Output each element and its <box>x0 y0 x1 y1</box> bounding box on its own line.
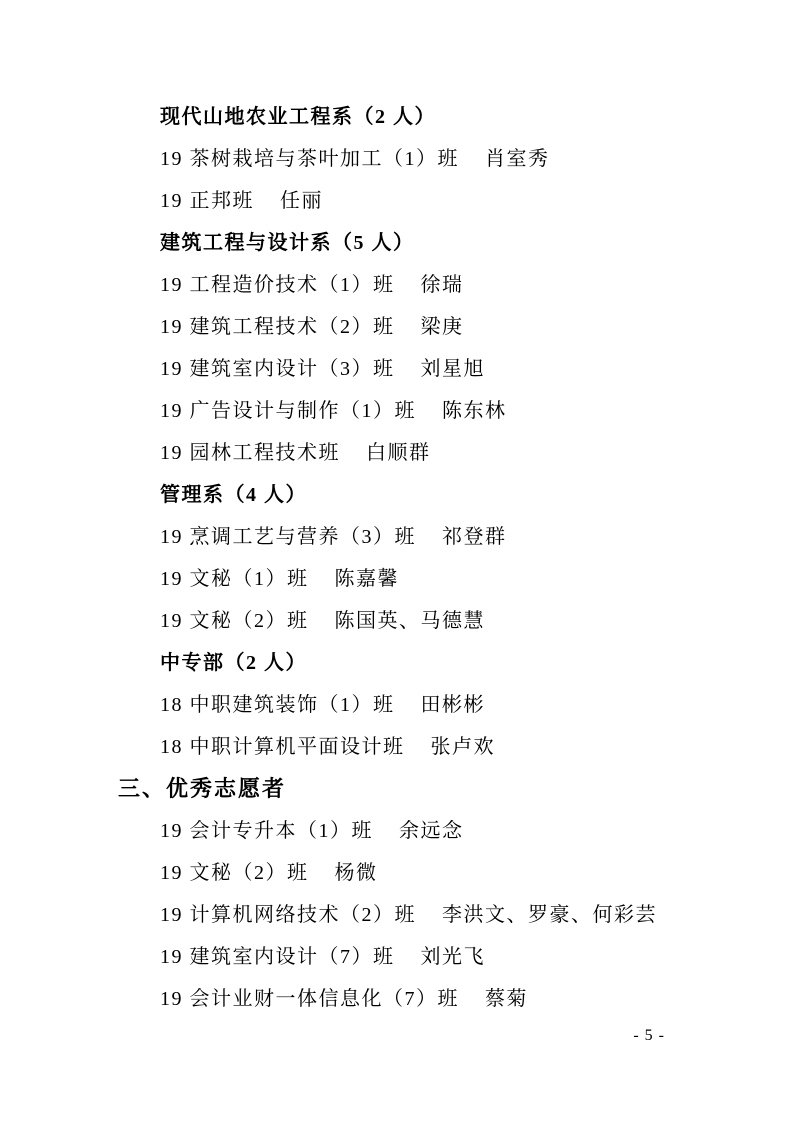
entry-line: 19 正邦班任丽 <box>118 180 683 222</box>
entry-names: 李洪文、罗豪、何彩芸 <box>442 904 657 926</box>
page-content: 现代山地农业工程系（2 人） 19 茶树栽培与茶叶加工（1）班肖室秀 19 正邦… <box>118 96 683 1020</box>
entry-class: 19 正邦班 <box>160 190 254 212</box>
entry-line: 19 建筑室内设计（3）班刘星旭 <box>118 348 683 390</box>
entry-line: 19 建筑工程技术（2）班梁庚 <box>118 306 683 348</box>
dept-heading: 现代山地农业工程系（2 人） <box>118 96 683 138</box>
entry-names: 刘星旭 <box>421 358 486 380</box>
entry-names: 刘光飞 <box>421 946 486 968</box>
entry-class: 19 会计专升本（1）班 <box>160 820 373 842</box>
entry-class: 19 建筑工程技术（2）班 <box>160 316 395 338</box>
entry-names: 徐瑞 <box>421 274 464 296</box>
entry-class: 19 计算机网络技术（2）班 <box>160 904 416 926</box>
entry-names: 蔡菊 <box>485 988 528 1010</box>
entry-class: 19 园林工程技术班 <box>160 442 340 464</box>
entry-names: 杨微 <box>335 862 378 884</box>
dept-heading: 中专部（2 人） <box>118 642 683 684</box>
entry-names: 田彬彬 <box>421 694 486 716</box>
entry-line: 19 建筑室内设计（7）班刘光飞 <box>118 936 683 978</box>
entry-names: 陈国英、马德慧 <box>335 610 486 632</box>
entry-class: 19 会计业财一体信息化（7）班 <box>160 988 459 1010</box>
entry-line: 19 文秘（2）班杨微 <box>118 852 683 894</box>
entry-class: 19 广告设计与制作（1）班 <box>160 400 416 422</box>
entry-class: 19 建筑室内设计（3）班 <box>160 358 395 380</box>
entry-class: 19 文秘（1）班 <box>160 568 309 590</box>
entry-names: 张卢欢 <box>431 736 496 758</box>
entry-names: 梁庚 <box>421 316 464 338</box>
entry-class: 19 烹调工艺与营养（3）班 <box>160 526 416 548</box>
entry-line: 19 园林工程技术班白顺群 <box>118 432 683 474</box>
entry-class: 19 文秘（2）班 <box>160 862 309 884</box>
entry-class: 18 中职计算机平面设计班 <box>160 736 405 758</box>
entry-class: 19 茶树栽培与茶叶加工（1）班 <box>160 148 459 170</box>
entry-class: 19 建筑室内设计（7）班 <box>160 946 395 968</box>
entry-line: 19 烹调工艺与营养（3）班祁登群 <box>118 516 683 558</box>
entry-line: 19 工程造价技术（1）班徐瑞 <box>118 264 683 306</box>
entry-line: 19 会计业财一体信息化（7）班蔡菊 <box>118 978 683 1020</box>
entry-class: 18 中职建筑装饰（1）班 <box>160 694 395 716</box>
entry-names: 肖室秀 <box>485 148 550 170</box>
entry-names: 白顺群 <box>366 442 431 464</box>
entry-line: 18 中职计算机平面设计班张卢欢 <box>118 726 683 768</box>
entry-names: 陈东林 <box>442 400 507 422</box>
page-number: - 5 - <box>633 1026 665 1046</box>
entry-names: 祁登群 <box>442 526 507 548</box>
entry-line: 19 广告设计与制作（1）班陈东林 <box>118 390 683 432</box>
entry-line: 18 中职建筑装饰（1）班田彬彬 <box>118 684 683 726</box>
entry-line: 19 茶树栽培与茶叶加工（1）班肖室秀 <box>118 138 683 180</box>
entry-line: 19 会计专升本（1）班余远念 <box>118 810 683 852</box>
dept-heading: 建筑工程与设计系（5 人） <box>118 222 683 264</box>
document-page: 现代山地农业工程系（2 人） 19 茶树栽培与茶叶加工（1）班肖室秀 19 正邦… <box>0 0 793 1122</box>
entry-line: 19 文秘（2）班陈国英、马德慧 <box>118 600 683 642</box>
entry-class: 19 工程造价技术（1）班 <box>160 274 395 296</box>
entry-names: 陈嘉馨 <box>335 568 400 590</box>
chapter-heading: 三、优秀志愿者 <box>118 768 683 810</box>
dept-heading: 管理系（4 人） <box>118 474 683 516</box>
entry-line: 19 文秘（1）班陈嘉馨 <box>118 558 683 600</box>
entry-line: 19 计算机网络技术（2）班李洪文、罗豪、何彩芸 <box>118 894 683 936</box>
entry-names: 任丽 <box>280 190 323 212</box>
entry-class: 19 文秘（2）班 <box>160 610 309 632</box>
entry-names: 余远念 <box>399 820 464 842</box>
